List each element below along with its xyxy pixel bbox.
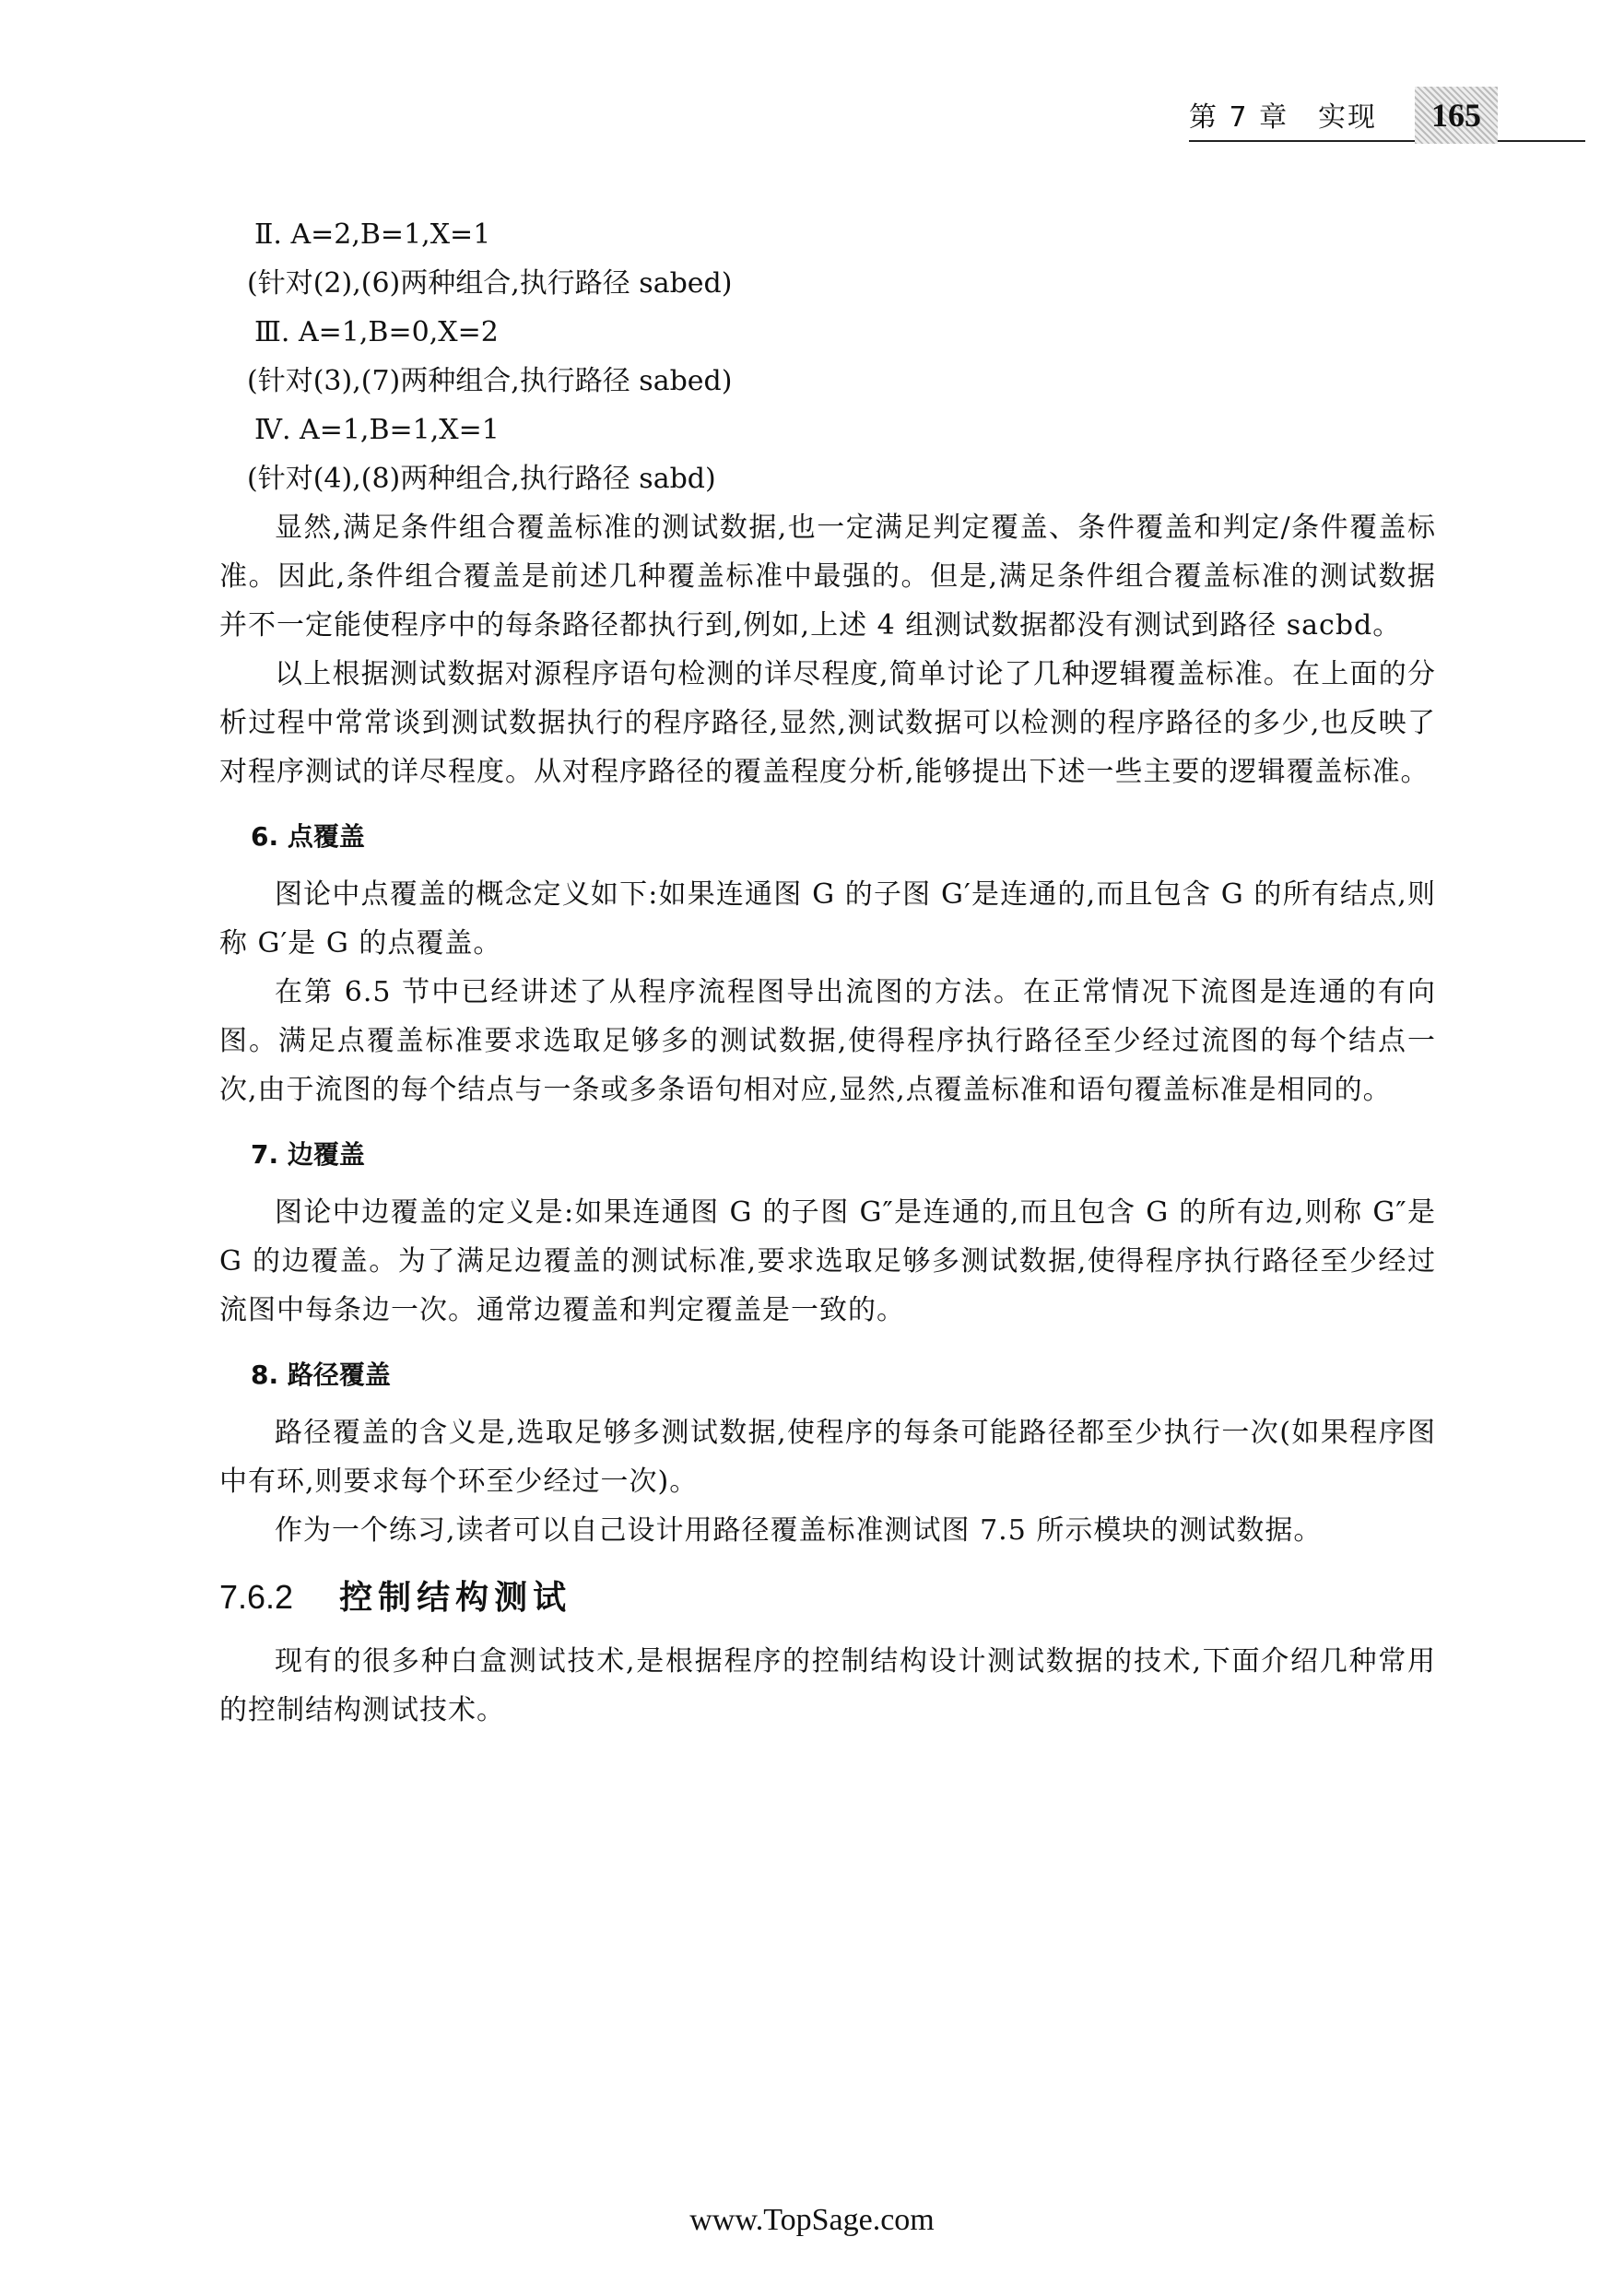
paragraph: 在第 6.5 节中已经讲述了从程序流程图导出流图的方法。在正常情况下流图是连通的… (219, 968, 1436, 1114)
paragraph: 显然,满足条件组合覆盖标准的测试数据,也一定满足判定覆盖、条件覆盖和判定/条件覆… (219, 503, 1436, 650)
paragraph: 图论中点覆盖的概念定义如下:如果连通图 G 的子图 G′是连通的,而且包含 G … (219, 870, 1436, 968)
paragraph: 路径覆盖的含义是,选取足够多测试数据,使程序的每条可能路径都至少执行一次(如果程… (219, 1408, 1436, 1506)
footer-watermark: www.TopSage.com (0, 2203, 1624, 2238)
paragraph: 以上根据测试数据对源程序语句检测的详尽程度,简单讨论了几种逻辑覆盖标准。在上面的… (219, 650, 1436, 796)
paragraph: 现有的很多种白盒测试技术,是根据程序的控制结构设计测试数据的技术,下面介绍几种常… (219, 1637, 1436, 1735)
case-label: Ⅲ. A=1,B=0,X=2 (219, 308, 1436, 357)
subsection-heading: 6. 点覆盖 (219, 817, 1436, 854)
case-note: (针对(4),(8)两种组合,执行路径 sabd) (219, 454, 1436, 503)
running-header: 第 7 章 实现 165 (1189, 92, 1585, 142)
paragraph: 作为一个练习,读者可以自己设计用路径覆盖标准测试图 7.5 所示模块的测试数据。 (219, 1506, 1436, 1555)
case-note: (针对(3),(7)两种组合,执行路径 sabed) (219, 357, 1436, 406)
subsection-heading: 7. 边覆盖 (219, 1135, 1436, 1172)
chapter-title: 实现 (1318, 94, 1377, 135)
page-number: 165 (1415, 87, 1498, 144)
section-title: 控制结构测试 (339, 1579, 571, 1617)
section-number: 7.6.2 (219, 1578, 293, 1616)
chapter-label: 第 7 章 (1189, 94, 1289, 135)
case-label: Ⅳ. A=1,B=1,X=1 (219, 406, 1436, 454)
case-note: (针对(2),(6)两种组合,执行路径 sabed) (219, 259, 1436, 308)
subsection-heading: 8. 路径覆盖 (219, 1355, 1436, 1392)
case-label: Ⅱ. A=2,B=1,X=1 (219, 210, 1436, 259)
page-body: Ⅱ. A=2,B=1,X=1 (针对(2),(6)两种组合,执行路径 sabed… (219, 210, 1436, 1735)
section-heading: 7.6.2控制结构测试 (219, 1572, 1436, 1619)
paragraph: 图论中边覆盖的定义是:如果连通图 G 的子图 G″是连通的,而且包含 G 的所有… (219, 1188, 1436, 1335)
